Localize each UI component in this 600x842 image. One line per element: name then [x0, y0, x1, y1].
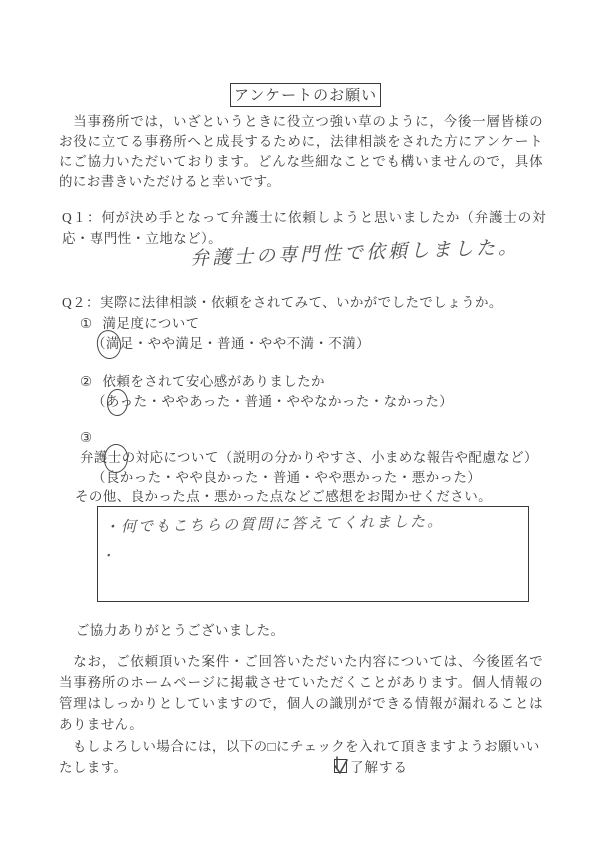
page-title: アンケートのお願い: [230, 83, 381, 107]
q2-item-lawyer-response: ③弁護士の対応について（説明の分かりやすさ、小まめな報告や配慮など） （良かった…: [80, 428, 555, 488]
item-question-line: ①満足度について: [80, 314, 555, 334]
item-question: 満足度について: [103, 316, 200, 331]
scanned-survey-page: アンケートのお願い 当事務所では，いざというときに役立つ強い草のように，今後一層…: [0, 0, 600, 842]
item-number: ③: [80, 428, 93, 448]
item-number: ①: [80, 314, 93, 334]
q2-label: Q２：実際に法律相談・依頼をされてみて、いかがでしたでしょうか。: [62, 293, 552, 313]
intro-paragraph: 当事務所では，いざというときに役立つ強い草のように，今後一層皆様のお役に立てる事…: [59, 112, 543, 192]
handwritten-selection-circle-reassurance: [106, 388, 129, 416]
q2-item-satisfaction: ①満足度について （満足・やや満足・普通・やや不満・不満）: [80, 314, 555, 354]
stray-pen-mark: ・: [101, 545, 114, 564]
consent-checkbox-label: 了解する: [350, 756, 408, 776]
item-question: 依頼をされて安心感がありましたか: [103, 374, 325, 389]
item-options: （良かった・やや良かった・普通・やや悪かった・悪かった）: [92, 468, 555, 488]
consent-checkbox: [334, 759, 347, 773]
item-question-line: ②依頼をされて安心感がありましたか: [80, 372, 555, 392]
notice-paragraph: なお，ご依頼頂いた案件・ご回答いただいた内容については、今後匿名で当事務所のホー…: [59, 651, 543, 735]
q2-item-reassurance: ②依頼をされて安心感がありましたか （あった・ややあった・普通・ややなかった・な…: [80, 372, 555, 412]
item-question-line: ③弁護士の対応について（説明の分かりやすさ、小まめな報告や配慮など）: [80, 428, 555, 468]
item-question: 弁護士の対応について（説明の分かりやすさ、小まめな報告や配慮など）: [80, 450, 538, 465]
free-comment-label: その他、良かった点・悪かった点などご感想をお聞かせください。: [75, 487, 492, 507]
item-options: （満足・やや満足・普通・やや不満・不満）: [92, 334, 555, 354]
item-options: （あった・ややあった・普通・ややなかった・なかった）: [92, 392, 555, 412]
item-number: ②: [80, 372, 93, 392]
thanks-text: ご協力ありがとうございました。: [62, 621, 284, 641]
checkbox-check-icon: [331, 754, 353, 778]
consent-request-paragraph: もしよろしい場合には，以下の□にチェックを入れて頂きますようお願いいたします。: [59, 736, 543, 778]
consent-checkbox-group: 了解する: [334, 756, 408, 776]
